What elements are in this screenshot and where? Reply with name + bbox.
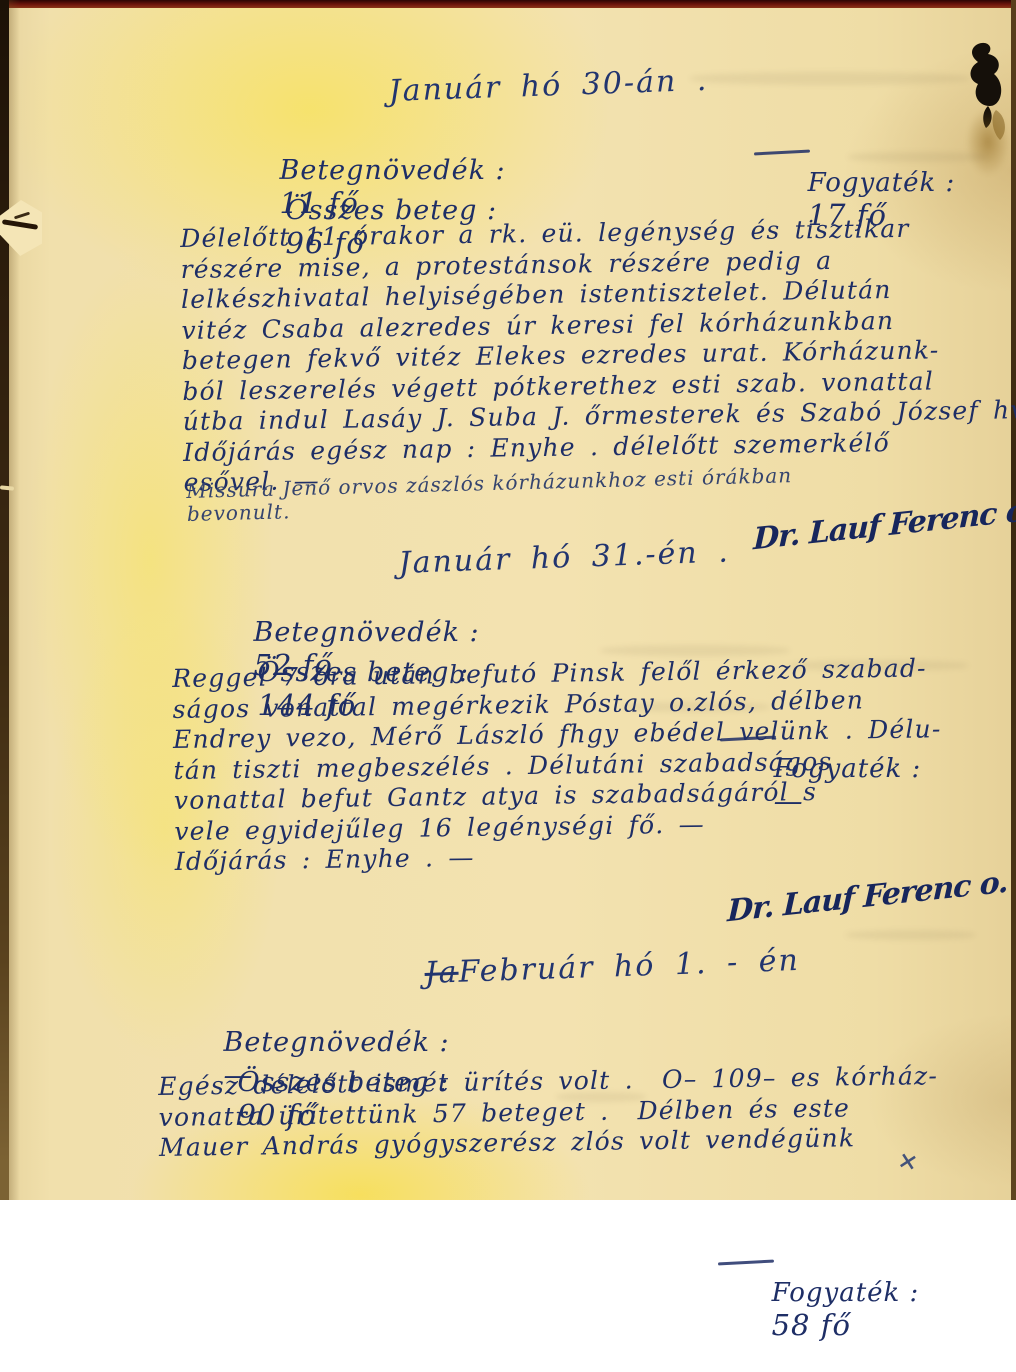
- entry-date-heading: JaFebruár hó 1. - én: [424, 943, 800, 991]
- entry-body-text: Reggel 7 óra után befutó Pinsk felől érk…: [172, 653, 943, 877]
- entry-body-text: Délelőtt 11 órakor a rk. eü. legénység é…: [180, 212, 1016, 498]
- entry-body-text: Egész délelőtt ismét ürítés volt . O– 10…: [158, 1061, 939, 1163]
- date-heading-text: Február hó 1. - én: [458, 943, 800, 990]
- ghost-writing: [600, 645, 790, 656]
- stat-label: Fogyaték :: [808, 168, 970, 198]
- left-edge-fold-shadow: [9, 0, 20, 1200]
- ghost-writing: [690, 72, 970, 85]
- ghost-writing: [846, 930, 976, 940]
- diary-page-scan: Január hó 30-án . Betegnövedék : 11 fő Ö…: [0, 0, 1016, 1200]
- entry-date-heading: Január hó 31.-én .: [398, 534, 730, 581]
- entry-january-30: Január hó 30-án . Betegnövedék : 11 fő Ö…: [0, 0, 1016, 124]
- pen-mark: ⨯: [895, 1144, 921, 1177]
- top-edge-band: [0, 0, 1016, 8]
- struck-date-prefix: Ja: [424, 955, 459, 991]
- entry-date-heading: Január hó 30-án .: [388, 63, 709, 109]
- left-binding-edge: [0, 0, 9, 1200]
